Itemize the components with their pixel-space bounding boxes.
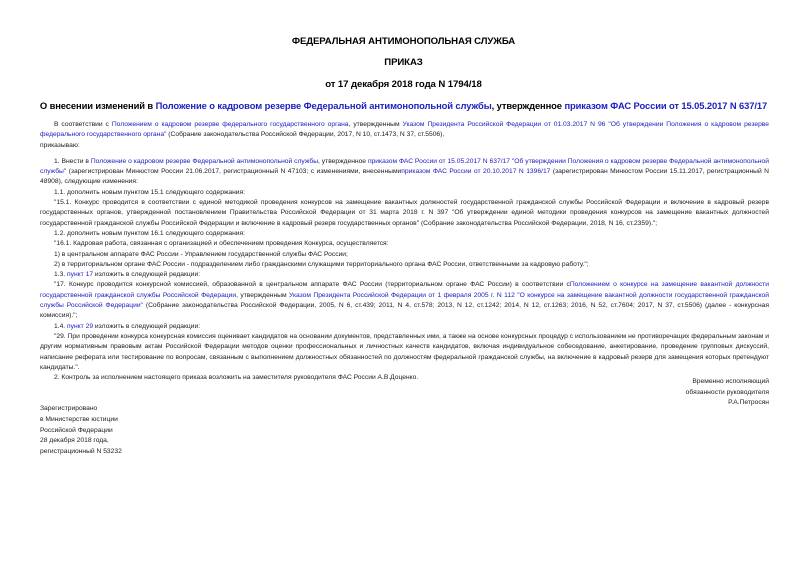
text: изложить в следующей редакции: [93,271,200,278]
registration-line: Зарегистрировано [40,404,122,415]
link-point-17[interactable]: пункт 17 [67,271,93,278]
paragraph-16-1-item-2: 2) в территориальном органе ФАС России -… [40,260,769,270]
text: 1.3. [54,271,67,278]
agency-name: ФЕДЕРАЛЬНАЯ АНТИМОНОПОЛЬНАЯ СЛУЖБА [0,36,807,47]
title-text: О внесении изменений в [40,100,156,111]
link-order-1396[interactable]: приказом ФАС России от 20.10.2017 N 1396… [401,168,550,175]
signature-title-line-1: Временно исполняющий [686,377,769,388]
text: В соответствии с [54,121,112,128]
paragraph-1: 1. Внести в Положение о кадровом резерве… [40,157,769,188]
text: 1. Внести в [54,158,91,165]
paragraph-order: приказываю: [40,141,769,151]
text: 1.4. [54,323,67,330]
signature-block: Временно исполняющий обязанности руковод… [686,377,769,409]
paragraph-intro: В соответствии с Положением о кадровом р… [40,120,769,141]
link-regulation-reserve[interactable]: Положением о кадровом резерве федерально… [112,121,349,128]
text: "17. Конкурс проводится конкурсной комис… [54,281,570,288]
paragraph-16-1-item-1: 1) в центральном аппарате ФАС России - У… [40,250,769,260]
text: (Собрание законодательства Российской Фе… [166,131,444,138]
paragraph-2: 2. Контроль за исполнением настоящего пр… [40,373,769,383]
title-link-regulation[interactable]: Положение о кадровом резерве Федеральной… [156,100,492,111]
paragraph-16-1: "16.1. Кадровая работа, связанная с орга… [40,239,769,249]
text: , утвержденным [349,121,403,128]
text: изложить в следующей редакции: [93,323,200,330]
text: , утвержденное [318,158,368,165]
text: (Собрание законодательства Российской Фе… [40,302,769,319]
text: (зарегистрирован Минюстом России 21.06.2… [66,168,401,175]
paragraph-17: "17. Конкурс проводится конкурсной комис… [40,280,769,321]
text: , утвержденным [236,292,289,299]
title-link-order[interactable]: приказом ФАС России от 15.05.2017 N 637/… [564,100,767,111]
title-text: , утвержденное [492,100,565,111]
registration-line: в Министерстве юстиции [40,415,122,426]
paragraph-15-1: "15.1. Конкурс проводится в соответствии… [40,198,769,229]
document-date-number: от 17 декабря 2018 года N 1794/18 [0,79,807,90]
registration-block: Зарегистрировано в Министерстве юстиции … [40,404,122,458]
paragraph-29: "29. При проведении конкурса конкурсная … [40,332,769,373]
link-point-29[interactable]: пункт 29 [67,323,93,330]
paragraph-1-2: 1.2. дополнить новым пунктом 16.1 следую… [40,229,769,239]
paragraph-1-1: 1.1. дополнить новым пунктом 15.1 следую… [40,188,769,198]
signatory-name: Р.А.Петросян [686,398,769,409]
registration-date: 28 декабря 2018 года, [40,436,122,447]
registration-line: Российской Федерации [40,426,122,437]
document-body: В соответствии с Положением о кадровом р… [40,120,769,383]
paragraph-1-3: 1.3. пункт 17 изложить в следующей редак… [40,270,769,280]
document-type: ПРИКАЗ [0,57,807,68]
paragraph-1-4: 1.4. пункт 29 изложить в следующей редак… [40,322,769,332]
document-title: О внесении изменений в Положение о кадро… [0,100,807,111]
registration-number: регистрационный N 53232 [40,447,122,458]
signature-title-line-2: обязанности руководителя [686,388,769,399]
link-fas-regulation[interactable]: Положение о кадровом резерве Федеральной… [91,158,318,165]
document-page: ФЕДЕРАЛЬНАЯ АНТИМОНОПОЛЬНАЯ СЛУЖБА ПРИКА… [0,0,807,571]
